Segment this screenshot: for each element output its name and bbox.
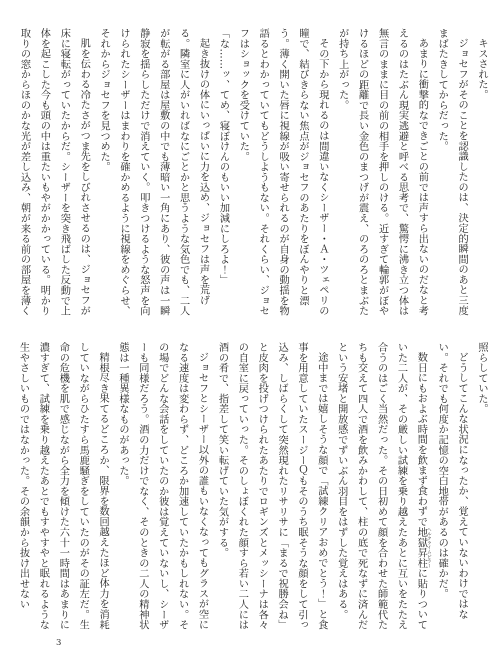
- paragraph: 照らしていた。: [471, 342, 491, 630]
- book-page: キスされた。ジョセフがそのことを認識したのは、決定的瞬間のあと三度まばたきしてか…: [0, 0, 500, 667]
- paragraph: 途中までは嬉しそうな顔で「試練クリアおめでとう！」と食事を用意していたスージーＱ…: [212, 342, 331, 630]
- paragraph: 起き抜けの体にいっぱいに力を込め、ジョセフは声を荒げる。隣室に人がいればなにごと…: [93, 28, 212, 316]
- paragraph: ジョセフがそのことを認識したのは、決定的瞬間のあと三度まばたきしてからだった。: [431, 28, 471, 316]
- paragraph: その下から現れるのは間違いなくシーザー・Ａ・ツェペリの瞳で、結びきらない焦点がジ…: [232, 28, 331, 316]
- page-number: 3: [56, 638, 61, 648]
- paragraph: ジョセフとシーザー以外の誰もいなくなってもグラスが空になる速度は変わらず、どころ…: [112, 342, 211, 630]
- paragraph: 数日にもおよぶ時間を飲まず食わずで地獄昇柱ヘルクライムピラーに貼りついていた二人…: [331, 342, 431, 630]
- paragraph: 肌を伝わる冷たさがつま先をしびれさせるのは、ジョセフが床に寝転がっていたからだ。…: [14, 28, 94, 316]
- paragraph: あまりに衝撃的なできごとの前では声すら出ないのだなと考えるのはたぶん現実逃避と呼…: [332, 28, 431, 316]
- paragraph: キスされた。: [471, 28, 491, 316]
- text-block-top: キスされた。ジョセフがそのことを認識したのは、決定的瞬間のあと三度まばたきしてか…: [7, 28, 491, 316]
- paragraph: 精根尽き果てるどころか、限界を数回越えたほど体力を消耗していながらひたすら馬鹿騒…: [13, 342, 112, 630]
- ruby-annotation: 地獄昇柱ヘルクライムピラー: [415, 527, 426, 568]
- text-block-bottom: 照らしていた。どうしてこんな状況になったか、覚えていないわけではない。それでも何…: [7, 342, 491, 630]
- paragraph: 「な……ッ、てめ、寝ぼけんのもいい加減にしろよ！」: [213, 28, 233, 316]
- paragraph: どうしてこんな状況になったか、覚えていないわけではない。それでも何度か記憶の空白…: [431, 342, 471, 630]
